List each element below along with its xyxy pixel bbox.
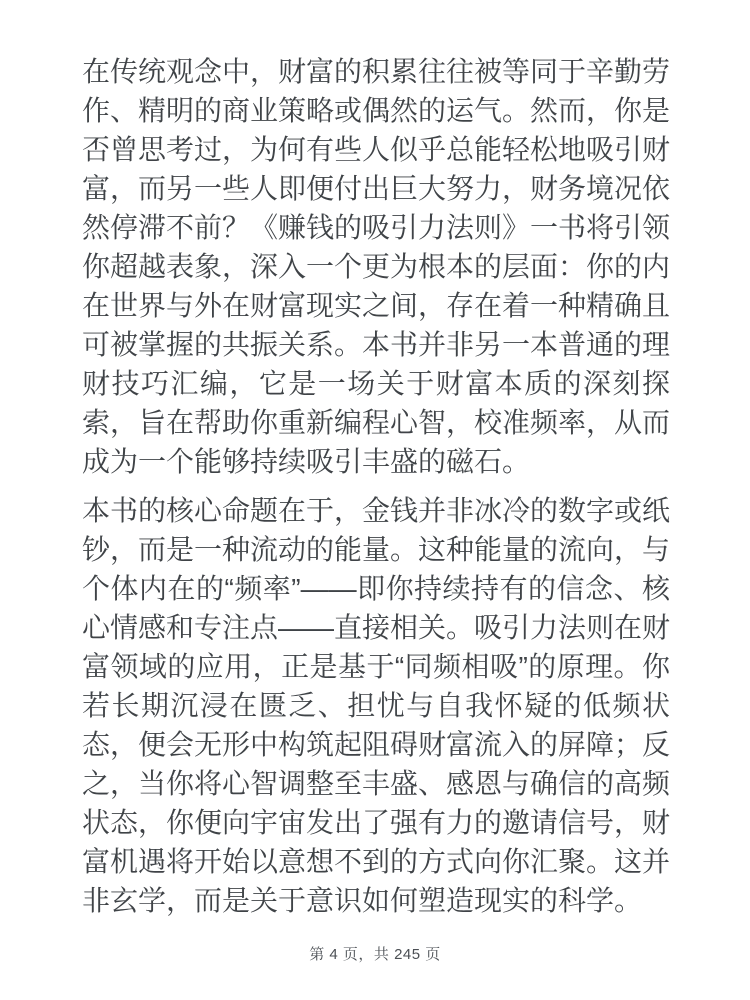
ebook-page: 在传统观念中，财富的积累往往被等同于辛勤劳作、精明的商业策略或偶然的运气。然而，… xyxy=(0,0,750,1000)
page-content: 在传统观念中，财富的积累往往被等同于辛勤劳作、精明的商业策略或偶然的运气。然而，… xyxy=(0,0,750,920)
page-number-footer: 第 4 页，共 245 页 xyxy=(0,945,750,965)
body-paragraph-2: 本书的核心命题在于，金钱并非冰冷的数字或纸钞，而是一种流动的能量。这种能量的流向… xyxy=(82,491,670,920)
body-paragraph-1: 在传统观念中，财富的积累往往被等同于辛勤劳作、精明的商业策略或偶然的运气。然而，… xyxy=(82,52,670,481)
